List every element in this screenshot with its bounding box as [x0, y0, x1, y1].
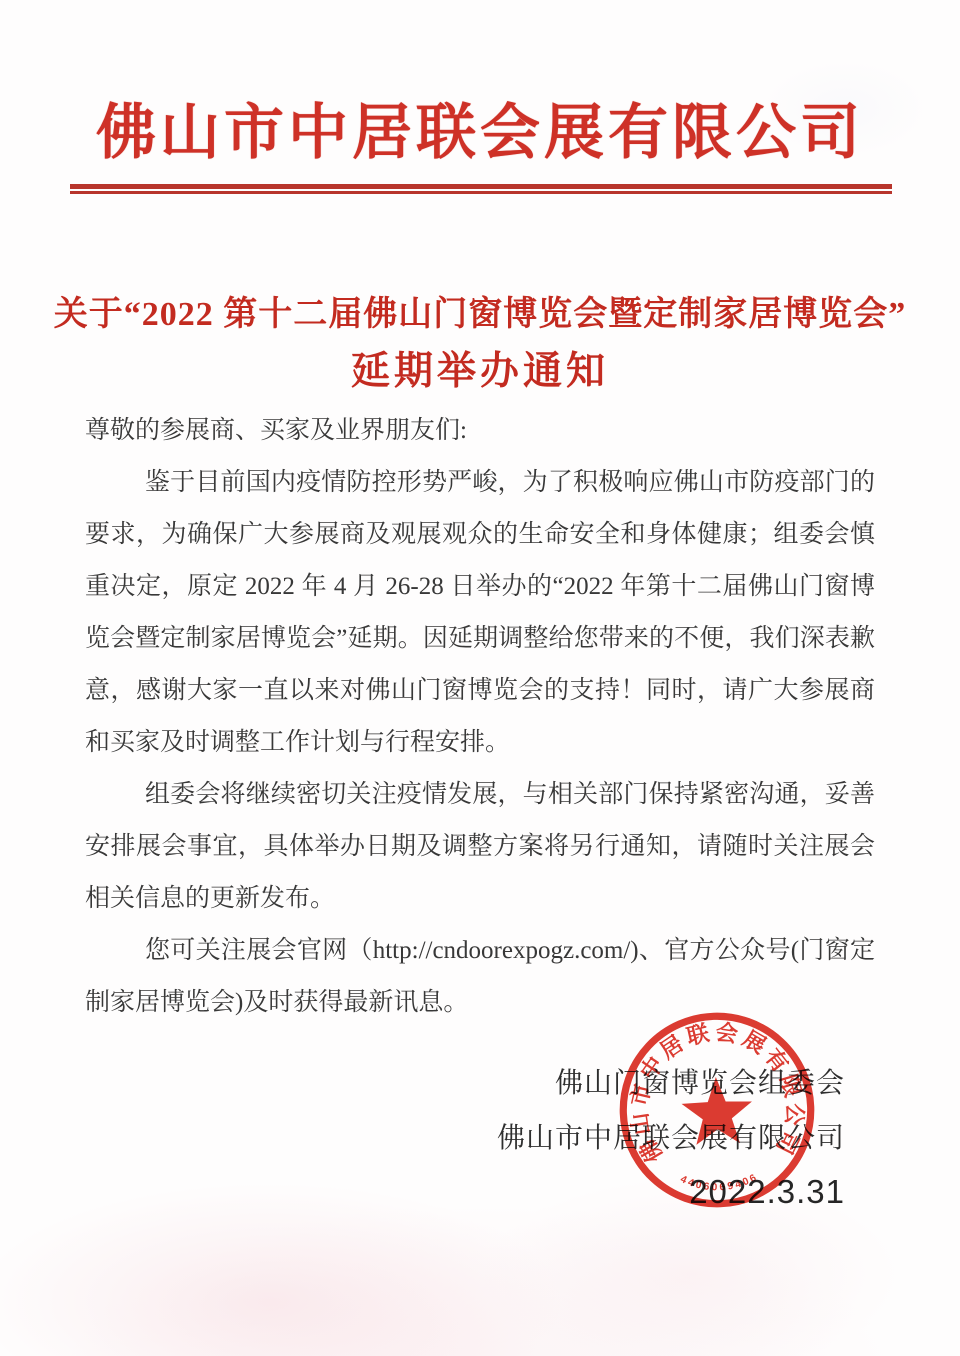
letterhead: 佛山市中居联会展有限公司 — [0, 100, 960, 194]
notice-title-line1: 关于“2022 第十二届佛山门窗博览会暨定制家居博览会” — [0, 294, 960, 337]
letterhead-company-name: 佛山市中居联会展有限公司 — [0, 100, 960, 166]
seal-star-icon — [681, 1076, 754, 1145]
paragraph-2: 组委会将继续密切关注疫情发展，与相关部门保持紧密沟通，妥善安排展会事宜，具体举办… — [85, 769, 875, 925]
salutation: 尊敬的参展商、买家及业界朋友们: — [85, 405, 875, 457]
company-seal-icon: 佛山市中居联会展有限公司 4406069406 — [610, 1003, 823, 1216]
notice-body: 尊敬的参展商、买家及业界朋友们: 鉴于目前国内疫情防控形势严峻，为了积极响应佛山… — [85, 405, 875, 1029]
svg-text:4406069406: 4406069406 — [678, 1171, 761, 1195]
paragraph-1: 鉴于目前国内疫情防控形势严峻，为了积极响应佛山市防疫部门的要求，为确保广大参展商… — [85, 457, 875, 769]
company-seal: 佛山市中居联会展有限公司 4406069406 — [610, 1003, 823, 1216]
document-page: 佛山市中居联会展有限公司 关于“2022 第十二届佛山门窗博览会暨定制家居博览会… — [0, 0, 960, 1356]
notice-title-line2: 延期举办通知 — [0, 350, 960, 395]
letterhead-divider — [70, 184, 892, 194]
seal-serial-number: 4406069406 — [678, 1171, 761, 1195]
notice-title: 关于“2022 第十二届佛山门窗博览会暨定制家居博览会” 延期举办通知 — [0, 294, 960, 394]
